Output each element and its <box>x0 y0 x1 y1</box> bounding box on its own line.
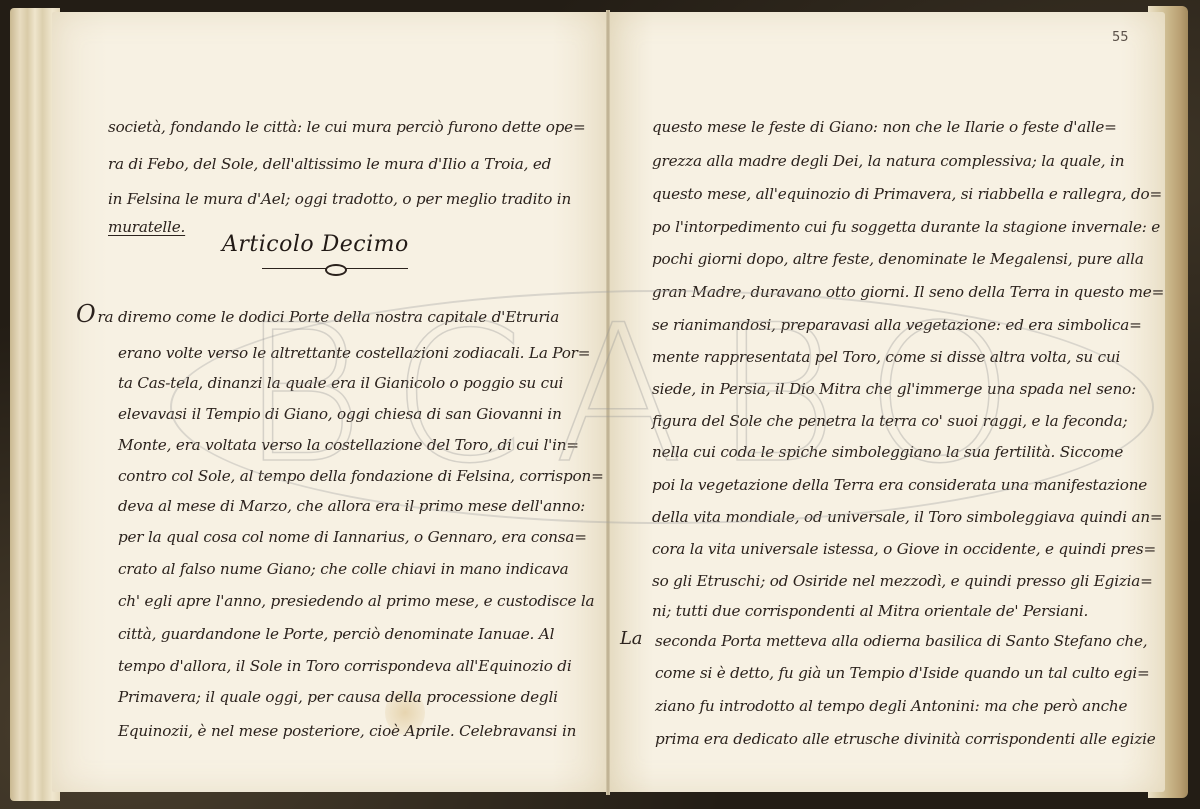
text-line: questo mese, all'equinozio di Primavera,… <box>652 185 1162 203</box>
page-number: 55 <box>1112 30 1129 45</box>
text-line: in Felsina le mura d'Ael; oggi tradotto,… <box>108 190 571 208</box>
text-line: Primavera; il quale oggi, per causa dell… <box>118 688 558 706</box>
text-line: ta Cas-tela, dinanzi la quale era il Gia… <box>118 374 563 392</box>
manuscript-scan: 55 società, fondando le città: le cui mu… <box>0 0 1200 809</box>
text-line: se rianimandosi, preparavasi alla vegeta… <box>652 316 1142 334</box>
drop-cap: O <box>76 300 95 328</box>
text-line: muratelle. <box>108 218 185 236</box>
heading-ornament <box>325 264 347 276</box>
text-line: figura del Sole che penetra la terra co'… <box>652 412 1127 430</box>
text-line: elevavasi il Tempio di Giano, oggi chies… <box>118 405 562 423</box>
text-line: come si è detto, fu già un Tempio d'Isid… <box>655 664 1150 682</box>
text-line: cora la vita universale istessa, o Giove… <box>652 540 1156 558</box>
text-line: ra di Febo, del Sole, dell'altissimo le … <box>108 155 551 173</box>
text-line: questo mese le feste di Giano: non che l… <box>652 118 1117 136</box>
text-line: pochi giorni dopo, altre feste, denomina… <box>652 250 1144 268</box>
text-line: mente rappresentata pel Toro, come si di… <box>652 348 1120 366</box>
text-line: per la qual cosa col nome di Iannarius, … <box>118 528 587 546</box>
text-line: nella cui coda le spiche simboleggiano l… <box>652 443 1123 461</box>
text-line: gran Madre, duravano otto giorni. Il sen… <box>652 283 1164 301</box>
text-line: ch' egli apre l'anno, presiedendo al pri… <box>118 592 594 610</box>
text-line: po l'intorpedimento cui fu soggetta dura… <box>652 218 1160 236</box>
text-line: Monte, era voltata verso la costellazion… <box>118 436 579 454</box>
text-line: deva al mese di Marzo, che allora era il… <box>118 497 585 515</box>
text-line: Ora diremo come le dodici Porte della no… <box>76 300 559 328</box>
text-line: so gli Etruschi; od Osiride nel mezzodì,… <box>652 572 1153 590</box>
paragraph-lead: La <box>620 628 642 649</box>
text-line: grezza alla madre degli Dei, la natura c… <box>652 152 1124 170</box>
text-line: poi la vegetazione della Terra era consi… <box>652 476 1147 494</box>
text-line: siede, in Persia, il Dio Mitra che gl'im… <box>652 380 1136 398</box>
text-line: crato al falso nume Giano; che colle chi… <box>118 560 568 578</box>
text-line: Equinozii, è nel mese posteriore, cioè A… <box>118 722 576 740</box>
book-gutter <box>606 10 610 795</box>
text-line: città, guardandone le Porte, perciò deno… <box>118 625 554 643</box>
text-line: seconda Porta metteva alla odierna basil… <box>655 632 1147 650</box>
section-heading: Articolo Decimo <box>222 232 409 257</box>
text-line: ziano fu introdotto al tempo degli Anton… <box>655 697 1127 715</box>
text-line: erano volte verso le altrettante costell… <box>118 344 590 362</box>
text-line: società, fondando le città: le cui mura … <box>108 118 586 136</box>
text-line: tempo d'allora, il Sole in Toro corrispo… <box>118 657 572 675</box>
text-line: contro col Sole, al tempo della fondazio… <box>118 467 604 485</box>
text-line: ni; tutti due corrispondenti al Mitra or… <box>652 602 1088 620</box>
text-line: prima era dedicato alle etrusche divinit… <box>655 730 1156 748</box>
text-line: della vita mondiale, od universale, il T… <box>652 508 1162 526</box>
